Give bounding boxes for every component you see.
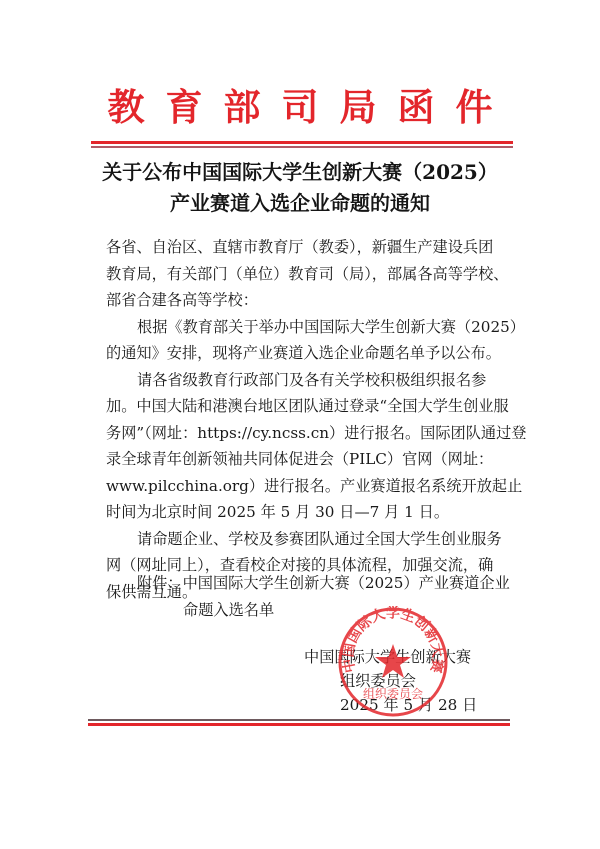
paragraph-line: 的通知》安排，现将产业赛道入选企业命题名单予以公布。 [106,340,511,367]
paragraph-line: 务网”（网址：https://cy.ncss.cn）进行报名。国际团队通过登 [106,420,511,447]
signature-block: 中国国际大学生创新大赛 组织委员会 2025 年 5 月 28 日 [300,645,510,717]
footer-divider [88,719,510,726]
recipients-line: 各省、自治区、直辖市教育厅（教委），新疆生产建设兵团 [106,234,511,261]
notice-title-line-2: 产业赛道入选企业命题的通知 [0,188,600,219]
attachment-title: 中国国际大学生创新大赛（2025）产业赛道企业 [183,574,510,592]
paragraph-line: 时间为北京时间 2025 年 5 月 30 日—7 月 1 日。 [106,499,511,526]
document-page: 教育部司局函件 关于公布中国国际大学生创新大赛（2025） 产业赛道入选企业命题… [0,0,600,849]
paragraph-line: 录全球青年创新领袖共同体促进会（PILC）官网（网址： [106,446,511,473]
recipients-line: 教育局，有关部门（单位）教育司（局），部属各高等学校、 [106,261,511,288]
notice-title-line-1: 关于公布中国国际大学生创新大赛（2025） [0,157,600,188]
letterhead-divider [91,141,513,148]
paragraph-line: 请命题企业、学校及参赛团队通过全国大学生创业服务 [106,526,511,553]
notice-body: 各省、自治区、直辖市教育厅（教委），新疆生产建设兵团 教育局，有关部门（单位）教… [106,234,511,605]
notice-title: 关于公布中国国际大学生创新大赛（2025） 产业赛道入选企业命题的通知 [0,157,600,219]
paragraph-announcement: 根据《教育部关于举办中国国际大学生创新大赛（2025） 的通知》安排，现将产业赛… [106,314,511,367]
attachment-label: 附件： [137,574,183,592]
paragraph-line: 请各省级教育行政部门及各有关学校积极组织报名参 [106,367,511,394]
recipients-line: 部省合建各高等学校： [106,287,511,314]
paragraph-line: 根据《教育部关于举办中国国际大学生创新大赛（2025） [106,314,511,341]
paragraph-line: 加。中国大陆和港澳台地区团队通过登录“全国大学生创业服 [106,393,511,420]
signature-organization: 中国国际大学生创新大赛 [300,645,510,669]
attachment-note: 附件：中国国际大学生创新大赛（2025）产业赛道企业 命题入选名单 [137,570,510,623]
paragraph-line: www.pilcchina.org）进行报名。产业赛道报名系统开放起止 [106,473,511,500]
recipients: 各省、自治区、直辖市教育厅（教委），新疆生产建设兵团 教育局，有关部门（单位）教… [106,234,511,314]
signature-committee: 组织委员会 [300,669,510,693]
paragraph-registration: 请各省级教育行政部门及各有关学校积极组织报名参 加。中国大陆和港澳台地区团队通过… [106,367,511,526]
letterhead-title: 教育部司局函件 [0,84,600,130]
signature-date: 2025 年 5 月 28 日 [300,693,510,717]
attachment-title-cont: 命题入选名单 [137,597,510,624]
